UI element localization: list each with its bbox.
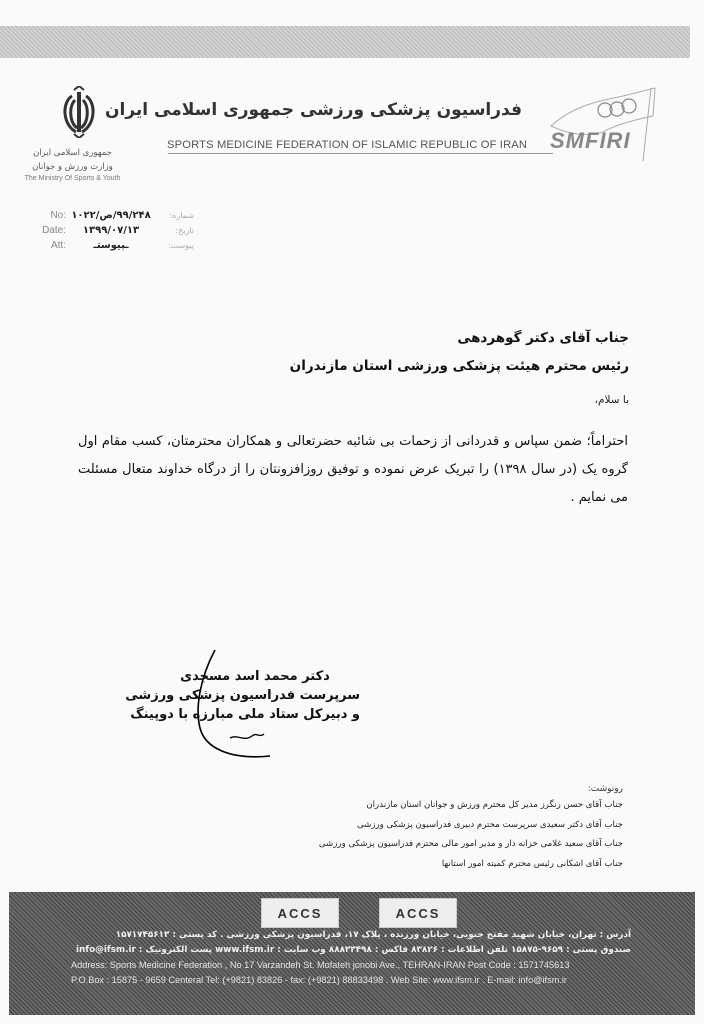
cc-item: جناب آقای دکتر سعیدی سرپرست محترم دبیری …: [293, 816, 623, 836]
iran-emblem-icon: [58, 86, 100, 138]
ref-attachment-row: Att: ـپیوستـ پیوست:: [34, 238, 194, 253]
cc-item: جناب آقای اشکانی رئیس محترم کمیته امور ا…: [293, 855, 623, 875]
signatory-title-1: سرپرست فدراسیون پزشکی ورزشی: [150, 686, 360, 705]
federation-title-en: SPORTS MEDICINE FEDERATION OF ISLAMIC RE…: [167, 139, 527, 151]
header-divider: [168, 153, 553, 154]
letter-date: ۱۳۹۹/۰۷/۱۳: [66, 225, 156, 236]
signatory-title-2: و دبیرکل ستاد ملی مبارزه با دوپینگ: [150, 705, 360, 724]
footer-logos: ACCS ACCS: [261, 898, 457, 928]
footer-contact-fa: صندوق پستی : ۹۶۵۹-۱۵۸۷۵ تلفن اطلاعات : ۸…: [71, 943, 631, 958]
ministry-line-en: The Ministry Of Sports & Youth: [20, 174, 125, 184]
footer-band: ACCS ACCS آدرس : تهران، خیابان شهید مفتح…: [9, 892, 695, 1015]
addressee-name: جناب آقای دکتر گوهردهی: [457, 330, 629, 346]
cc-title: رونوشت:: [293, 782, 623, 796]
header-band: [0, 26, 690, 58]
signatory-name: دکتر محمد اسد مسجدی: [150, 667, 360, 686]
ref-date-row: Date: ۱۳۹۹/۰۷/۱۳ تاریخ:: [34, 223, 194, 238]
greeting: با سلام،: [595, 394, 629, 406]
letter-body: احتراماً؛ ضمن سپاس و قدردانی از زحمات بی…: [78, 428, 628, 512]
accs-badge: ACCS: [261, 898, 339, 928]
footer-address-en: Address: Sports Medicine Federation , No…: [71, 958, 631, 973]
accs-badge: ACCS: [379, 898, 457, 928]
signature-block: دکتر محمد اسد مسجدی سرپرست فدراسیون پزشک…: [150, 667, 360, 724]
cc-item: جناب آقای حسن رنگرز مدیر کل محترم ورزش و…: [293, 796, 623, 816]
ministry-line-2: وزارت ورزش و جوانان: [20, 160, 125, 174]
ref-number-row: No: ۹۹/۲۴۸/ص/۱۰۲۲ شماره:: [34, 208, 194, 223]
footer-contact: آدرس : تهران، خیابان شهید مفتح جنوبی، خی…: [71, 928, 631, 988]
smfiri-logo-text: SMFIRI: [550, 128, 631, 154]
ministry-line-1: جمهوری اسلامی ایران: [20, 146, 125, 160]
letter-attachment: ـپیوستـ: [66, 240, 156, 251]
cc-item: جناب آقای سعید غلامی خزانه دار و مدیر ام…: [293, 835, 623, 855]
footer-contact-en: P.O.Box : 15875 - 9659 Centeral Tel: (+9…: [71, 973, 631, 988]
footer-address-fa: آدرس : تهران، خیابان شهید مفتح جنوبی، خی…: [71, 928, 631, 943]
cc-list: رونوشت: جناب آقای حسن رنگرز مدیر کل محتر…: [293, 782, 623, 874]
addressee-title: رئیس محترم هیئت پزشکی ورزشی استان مازندر…: [290, 358, 629, 374]
federation-title-fa: فدراسیون پزشکی ورزشی جمهوری اسلامی ایران: [105, 100, 522, 120]
ministry-caption: جمهوری اسلامی ایران وزارت ورزش و جوانان …: [20, 146, 125, 184]
letter-number: ۹۹/۲۴۸/ص/۱۰۲۲: [66, 210, 156, 221]
reference-block: No: ۹۹/۲۴۸/ص/۱۰۲۲ شماره: Date: ۱۳۹۹/۰۷/۱…: [34, 208, 194, 253]
